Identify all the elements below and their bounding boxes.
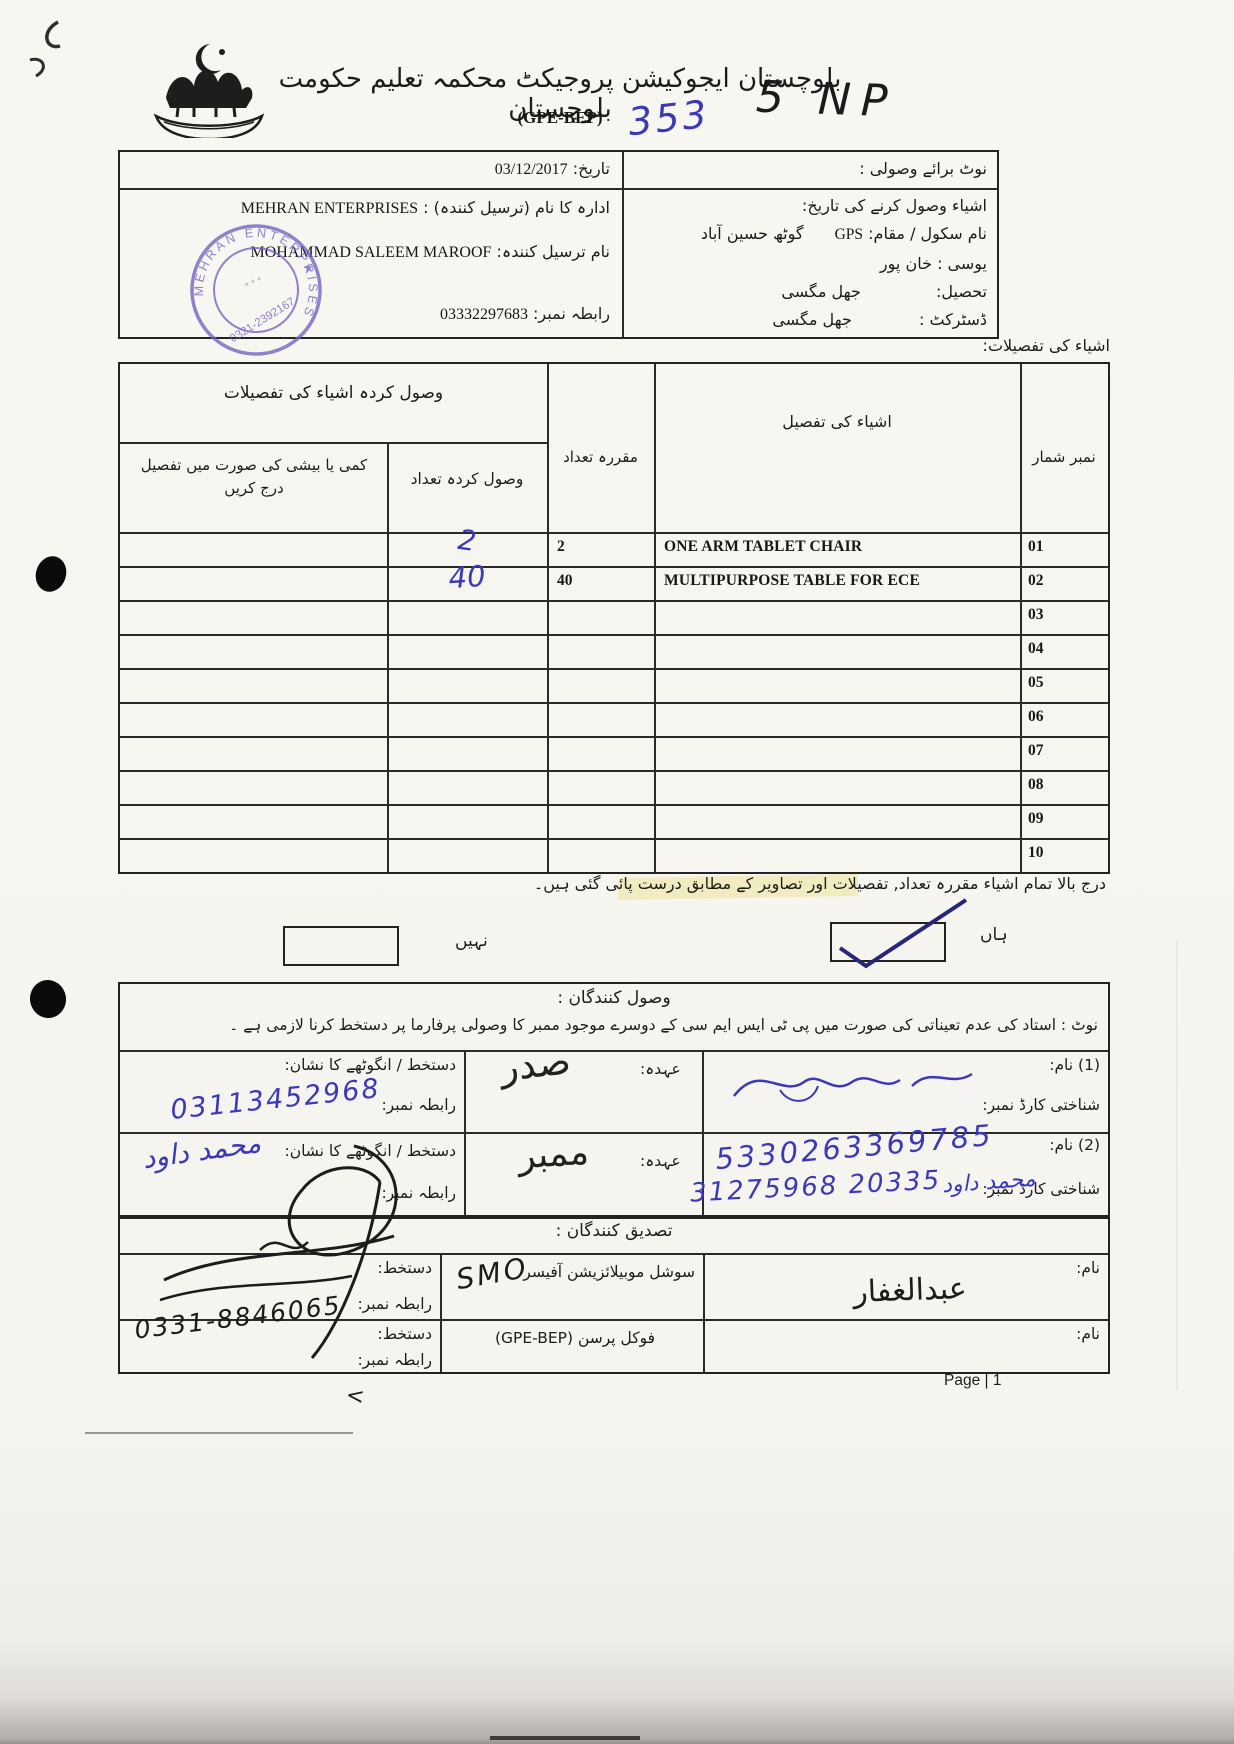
items-col-line xyxy=(1020,364,1022,872)
smo-signature xyxy=(140,1130,500,1370)
hole-punch-mark xyxy=(31,552,71,596)
header-received-details: وصول کردہ اشیاء کی تفصیلات xyxy=(120,382,547,403)
district-value: جھل مگسی xyxy=(772,310,851,329)
date-label: تاریخ: xyxy=(573,159,610,178)
items-header-bottom-line xyxy=(120,532,1108,534)
tehsil-label: تحصیل: xyxy=(936,282,987,301)
district-field: ڈسٹرکٹ : جھل مگسی xyxy=(632,310,987,329)
org-label: ادارہ کا نام (ترسیل کنندہ) : xyxy=(423,198,610,217)
yes-label: ہاں xyxy=(980,924,1008,945)
school-value: گوٹھ حسین آباد xyxy=(701,224,804,243)
uc-field: یوسی : خان پور xyxy=(632,254,987,273)
receivers-title: وصول کنندگان : xyxy=(120,988,1108,1008)
header-fixed-qty: مقررہ تعداد xyxy=(547,448,654,466)
receiver1-signature xyxy=(720,1054,980,1112)
receiver1-sign-label: دستخط / انگوٹھے کا نشان: xyxy=(228,1056,456,1074)
row-received-qty-handwritten: 40 xyxy=(386,554,548,599)
uc-label: یوسی : xyxy=(937,254,987,273)
handwritten-serial-number: 353 xyxy=(626,92,712,144)
school-label: نام سکول / مقام: xyxy=(868,224,987,243)
items-col-line xyxy=(387,442,389,872)
tehsil-field: تحصیل: جھل مگسی xyxy=(632,282,987,301)
fold-mark xyxy=(1176,940,1178,1390)
sender-label: نام ترسیل کنندہ: xyxy=(497,242,610,261)
uc-value: خان پور xyxy=(880,254,932,273)
header-received-qty: وصول کردہ تعداد xyxy=(387,470,547,488)
row-serial: 09 xyxy=(1028,810,1044,828)
govt-emblem-logo xyxy=(150,42,268,138)
receive-date-label: اشیاء وصول کرنے کی تاریخ: xyxy=(632,196,987,215)
no-checkbox xyxy=(283,926,399,966)
row-serial: 05 xyxy=(1028,674,1044,692)
hole-punch-mark xyxy=(27,977,69,1021)
row-serial: 01 xyxy=(1028,538,1044,556)
row-fixed-qty: 40 xyxy=(557,572,573,590)
date-field: تاریخ: 03/12/2017 xyxy=(128,159,610,179)
row-item: MULTIPURPOSE TABLE FOR ECE xyxy=(664,572,920,590)
school-field: نام سکول / مقام: GPS گوٹھ حسین آباد xyxy=(632,224,987,244)
receiver2-cnic-handwritten: 5330263369785 xyxy=(714,1118,995,1176)
checkmark-icon xyxy=(818,890,978,974)
no-label: نہیں xyxy=(455,930,488,951)
pencil-line xyxy=(85,1432,353,1434)
row-serial: 02 xyxy=(1028,572,1044,590)
items-col-line xyxy=(654,364,656,872)
pen-scuff-marks xyxy=(18,14,84,94)
receivers-note: نوٹ : استاد کی عدم تعیناتی کی صورت میں پ… xyxy=(130,1016,1098,1034)
district-label: ڈسٹرکٹ : xyxy=(919,310,987,329)
tehsil-value: جھل مگسی xyxy=(781,282,860,301)
info-table-row-line xyxy=(120,188,997,190)
receiver1-contact-handwritten: 03113452968 xyxy=(169,1073,382,1126)
info-table-divider xyxy=(622,152,624,337)
row-serial: 10 xyxy=(1028,844,1044,862)
receipt-note-label: نوٹ برائے وصولی : xyxy=(632,159,987,178)
contact-label: رابطہ نمبر: xyxy=(533,304,610,323)
row-serial: 06 xyxy=(1028,708,1044,726)
certifier1-name-handwritten: عبدالغفار xyxy=(759,1268,1060,1313)
scan-edge-mark xyxy=(490,1736,640,1740)
items-section-label: اشیاء کی تفصیلات: xyxy=(930,336,1110,355)
row-serial: 07 xyxy=(1028,742,1044,760)
items-table: وصول کردہ اشیاء کی تفصیلات کمی یا بیشی ک… xyxy=(118,362,1110,874)
receiver1-designation-handwritten: صدر xyxy=(498,1038,573,1089)
date-value: 03/12/2017 xyxy=(495,161,568,178)
contact-value: 03332297683 xyxy=(440,306,528,323)
header-discrepancy: کمی یا بیشی کی صورت میں تفصیل درج کریں xyxy=(134,454,374,501)
row-serial: 08 xyxy=(1028,776,1044,794)
stamp-phone-text: 0321-2392167 xyxy=(228,296,297,345)
receiver1-designation-label: عہدہ: xyxy=(640,1060,681,1078)
items-col-line xyxy=(547,364,549,872)
row-serial: 04 xyxy=(1028,640,1044,658)
confirmation-statement: درج بالا تمام اشیاء مقررہ تعداد, تفصیلات… xyxy=(360,874,1106,893)
receiver2-designation-handwritten: ممبر xyxy=(517,1132,591,1178)
row-serial: 03 xyxy=(1028,606,1044,624)
receiver2-designation-label: عہدہ: xyxy=(640,1152,681,1170)
school-code: GPS xyxy=(835,226,863,243)
items-subheader-line xyxy=(120,442,547,444)
certifier2-name-label: نام: xyxy=(1040,1325,1100,1343)
scanned-receipt-form-page: بلوچستان ایجوکیشن پروجیکٹ محکمہ تعلیم حک… xyxy=(0,0,1234,1744)
stamp-inner-mark: * * * xyxy=(244,275,264,292)
form-subtitle: (GPE-BEP) xyxy=(470,108,650,128)
row-item: ONE ARM TABLET CHAIR xyxy=(664,538,862,556)
header-item-detail: اشیاء کی تفصیل xyxy=(654,412,1020,431)
header-serial-no: نمبر شمار xyxy=(1020,448,1108,466)
page-number: Page | 1 xyxy=(944,1372,1001,1390)
row-fixed-qty: 2 xyxy=(557,538,565,556)
org-field: ادارہ کا نام (ترسیل کنندہ) : MEHRAN ENTE… xyxy=(128,198,610,218)
handwritten-note: 5 NP xyxy=(755,72,898,128)
stray-caret-mark: < xyxy=(344,1383,366,1410)
